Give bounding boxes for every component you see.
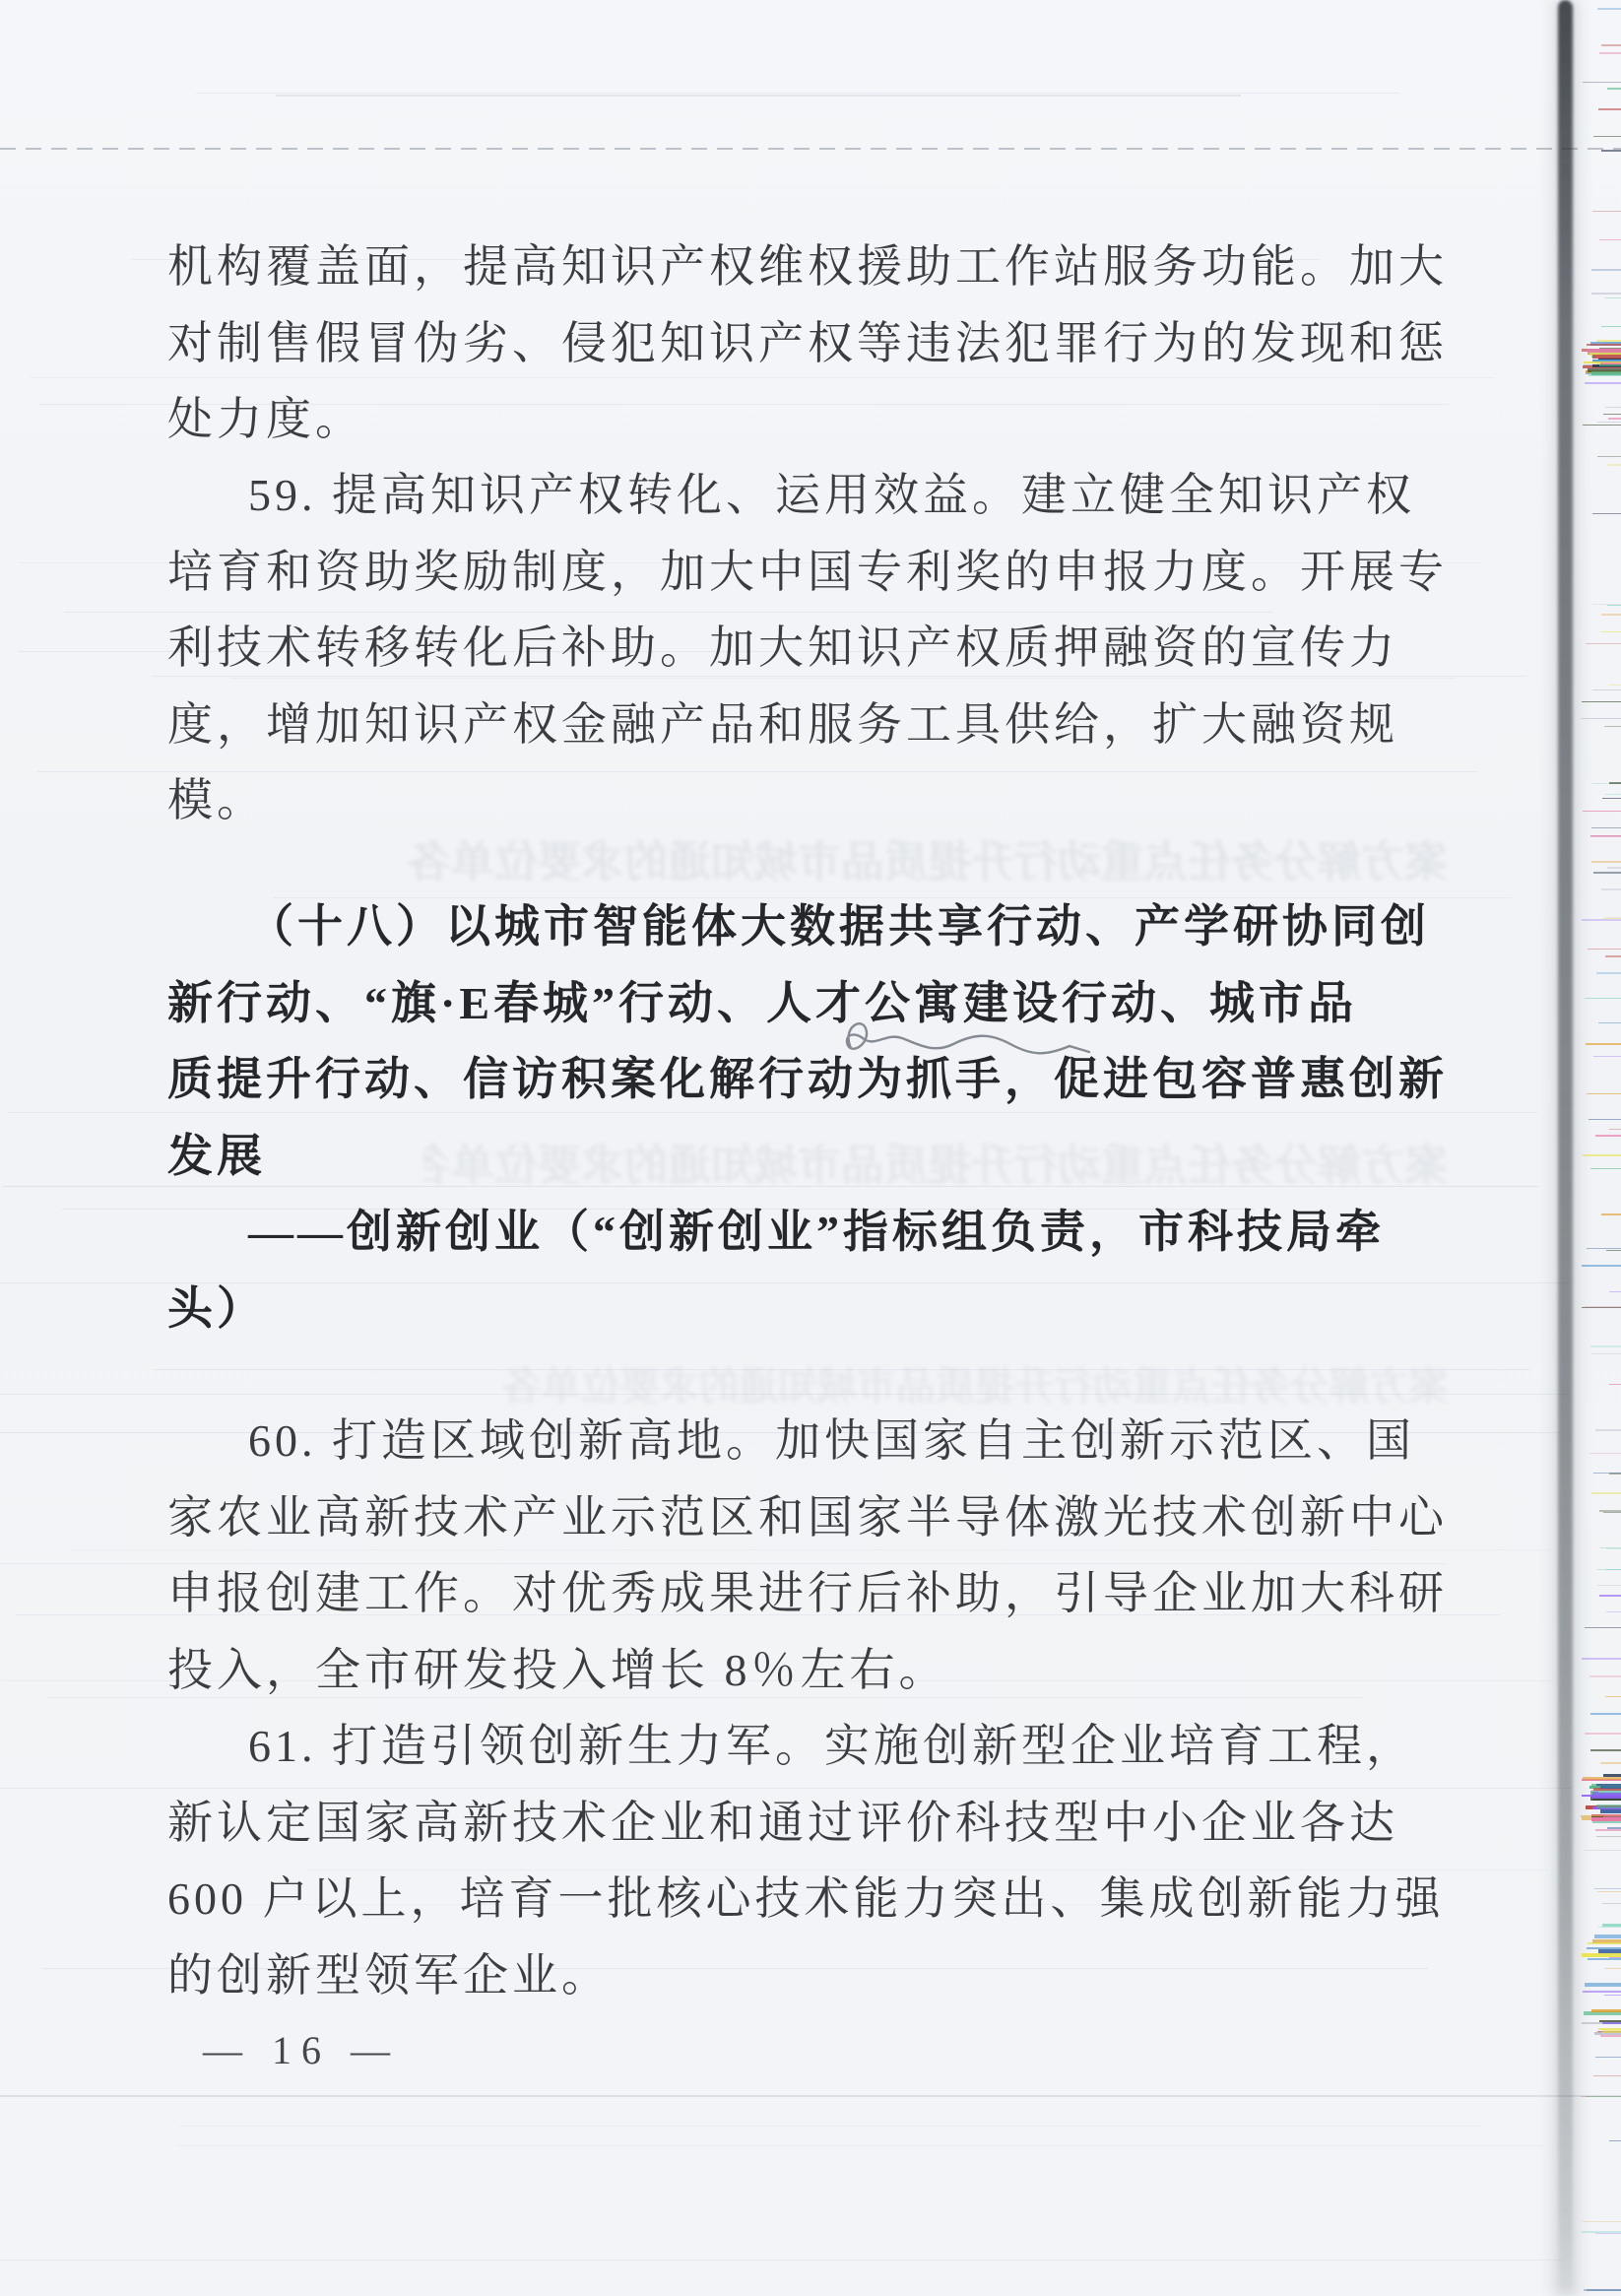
text-line: 培育和资助奖励制度，加大中国专利奖的申报力度。开展专 [167,534,1467,611]
text-line: 对制售假冒伪劣、侵犯知识产权等违法犯罪行为的发现和惩 [167,305,1467,382]
text-line: 头） [167,1271,1467,1347]
text-line: 处力度。 [167,381,1467,458]
text-line: 新认定国家高新技术企业和通过评价科技型中小企业各达 [167,1785,1467,1862]
scan-edge-shadow [1558,0,1573,2296]
text-line: 质提升行动、信访积案化解行动为抓手，促进包容普惠创新 [167,1041,1467,1118]
paragraph-61: 61. 打造引领创新生力军。实施创新型企业培育工程， 新认定国家高新技术企业和通… [167,1708,1467,2013]
text-line: 600 户以上，培育一批核心技术能力突出、集成创新能力强 [167,1861,1467,1937]
text-line: （十八）以城市智能体大数据共享行动、产学研协同创 [167,888,1467,965]
text-line: ——创新创业（“创新创业”指标组负责，市科技局牵 [167,1194,1467,1271]
paragraph-59: 59. 提高知识产权转化、运用效益。建立健全知识产权 培育和资助奖励制度，加大中… [167,457,1467,839]
page-number: — 16 — [203,2021,400,2080]
text-line: 模。 [167,762,1467,839]
text-line: 家农业高新技术产业示范区和国家半导体激光技术创新中心 [167,1479,1467,1556]
text-line: 申报创建工作。对优秀成果进行后补助，引导企业加大科研 [167,1555,1467,1632]
paragraph-continuation: 机构覆盖面，提高知识产权维权援助工作站服务功能。加大 对制售假冒伪劣、侵犯知识产… [167,229,1467,458]
text-line: 60. 打造区域创新高地。加快国家自主创新示范区、国 [167,1403,1467,1479]
text-line: 利技术转移转化后补助。加大知识产权质押融资的宣传力 [167,610,1467,687]
paragraph-60: 60. 打造区域创新高地。加快国家自主创新示范区、国 家农业高新技术产业示范区和… [167,1403,1467,1708]
text-line: 度，增加知识产权金融产品和服务工具供给，扩大融资规 [167,687,1467,763]
text-line: 机构覆盖面，提高知识产权维权援助工作站服务功能。加大 [167,229,1467,305]
text-line: 59. 提高知识产权转化、运用效益。建立健全知识产权 [167,457,1467,534]
text-line: 发展 [167,1118,1467,1195]
scanned-document-page: 案方解分务任点重动行升提质品市城知通的求要位单各 案方解分务任点重动行升提质品市… [0,0,1621,2296]
paragraph-innovation-subheading: ——创新创业（“创新创业”指标组负责，市科技局牵 头） [167,1194,1467,1346]
text-line: 投入，全市研发投入增长 8％左右。 [167,1632,1467,1709]
text-line: 的创新型领军企业。 [167,1937,1467,2014]
handwritten-squiggle [835,1009,1101,1072]
paragraph-18-heading: （十八）以城市智能体大数据共享行动、产学研协同创 新行动、“旗·E春城”行动、人… [167,888,1467,1194]
text-line: 新行动、“旗·E春城”行动、人才公寓建设行动、城市品 [167,965,1467,1042]
document-text-block: 机构覆盖面，提高知识产权维权援助工作站服务功能。加大 对制售假冒伪劣、侵犯知识产… [0,0,1621,2296]
scan-noise-color-column [1580,0,1621,2296]
text-line: 61. 打造引领创新生力军。实施创新型企业培育工程， [167,1708,1467,1785]
